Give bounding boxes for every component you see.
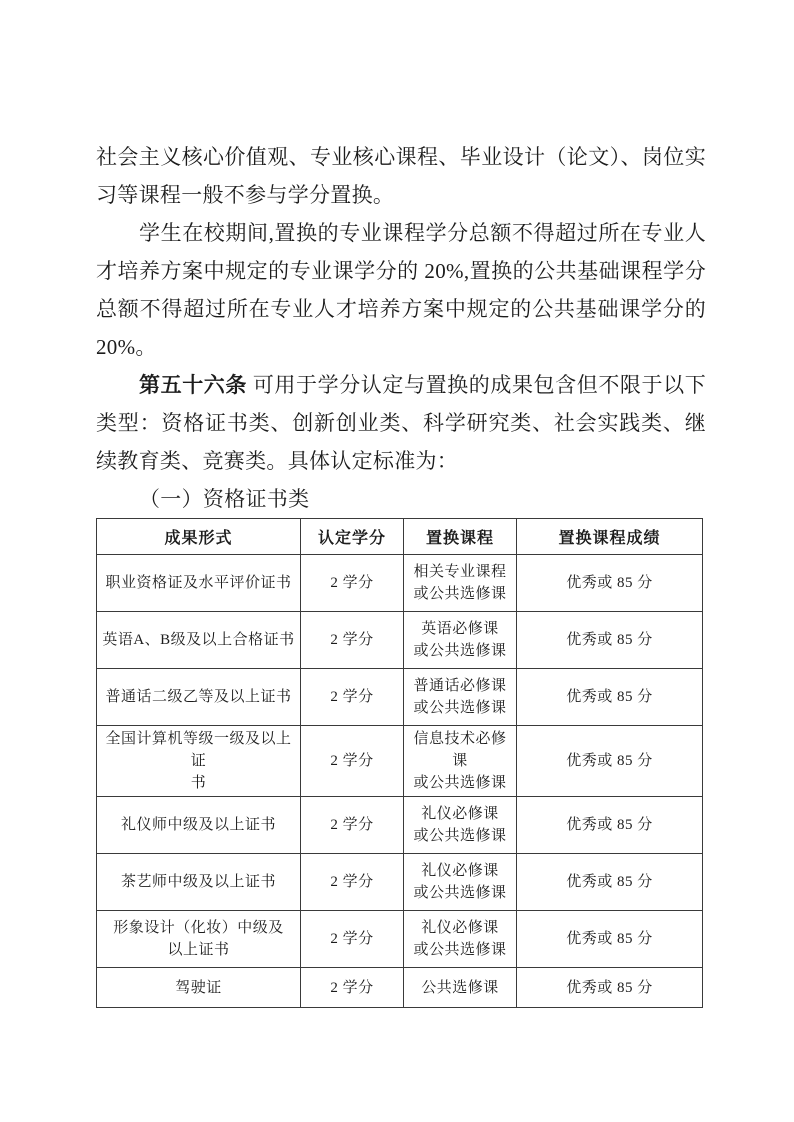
col-header-replaced-course-score: 置换课程成绩: [517, 519, 703, 555]
cell-achievement-form: 形象设计（化妆）中级及 以上证书: [97, 911, 301, 968]
cell-credits: 2 学分: [301, 669, 404, 726]
cell-replaced-course: 信息技术必修课 或公共选修课: [404, 726, 517, 797]
table-header: 成果形式 认定学分 置换课程 置换课程成绩: [97, 519, 703, 555]
cell-credits: 2 学分: [301, 968, 404, 1008]
cell-replaced-course: 普通话必修课 或公共选修课: [404, 669, 517, 726]
cell-score: 优秀或 85 分: [517, 555, 703, 612]
cell-replaced-course: 公共选修课: [404, 968, 517, 1008]
cell-achievement-form: 全国计算机等级一级及以上证 书: [97, 726, 301, 797]
table-row: 形象设计（化妆）中级及 以上证书 2 学分 礼仪必修课 或公共选修课 优秀或 8…: [97, 911, 703, 968]
table-header-row: 成果形式 认定学分 置换课程 置换课程成绩: [97, 519, 703, 555]
table-row: 普通话二级乙等及以上证书 2 学分 普通话必修课 或公共选修课 优秀或 85 分: [97, 669, 703, 726]
cell-score: 优秀或 85 分: [517, 612, 703, 669]
col-header-replaced-course: 置换课程: [404, 519, 517, 555]
col-header-recognized-credits: 认定学分: [301, 519, 404, 555]
cell-replaced-course: 礼仪必修课 或公共选修课: [404, 797, 517, 854]
table-row: 驾驶证 2 学分 公共选修课 优秀或 85 分: [97, 968, 703, 1008]
cell-score: 优秀或 85 分: [517, 854, 703, 911]
cell-replaced-course: 英语必修课 或公共选修课: [404, 612, 517, 669]
table-row: 全国计算机等级一级及以上证 书 2 学分 信息技术必修课 或公共选修课 优秀或 …: [97, 726, 703, 797]
cell-credits: 2 学分: [301, 911, 404, 968]
cell-credits: 2 学分: [301, 726, 404, 797]
table-row: 英语A、B级及以上合格证书 2 学分 英语必修课 或公共选修课 优秀或 85 分: [97, 612, 703, 669]
paragraph-credit-limits: 学生在校期间,置换的专业课程学分总额不得超过所在专业人才培养方案中规定的专业课学…: [96, 214, 706, 366]
cell-achievement-form: 职业资格证及水平评价证书: [97, 555, 301, 612]
table-row: 茶艺师中级及以上证书 2 学分 礼仪必修课 或公共选修课 优秀或 85 分: [97, 854, 703, 911]
cell-credits: 2 学分: [301, 854, 404, 911]
cell-credits: 2 学分: [301, 555, 404, 612]
cell-achievement-form: 礼仪师中级及以上证书: [97, 797, 301, 854]
document-page: 社会主义核心价值观、专业核心课程、毕业设计（论文）、岗位实习等课程一般不参与学分…: [0, 0, 794, 1122]
cell-score: 优秀或 85 分: [517, 726, 703, 797]
cell-credits: 2 学分: [301, 797, 404, 854]
cell-replaced-course: 礼仪必修课 或公共选修课: [404, 911, 517, 968]
table-row: 职业资格证及水平评价证书 2 学分 相关专业课程 或公共选修课 优秀或 85 分: [97, 555, 703, 612]
cell-achievement-form: 英语A、B级及以上合格证书: [97, 612, 301, 669]
cell-credits: 2 学分: [301, 612, 404, 669]
cell-achievement-form: 驾驶证: [97, 968, 301, 1008]
cell-score: 优秀或 85 分: [517, 911, 703, 968]
paragraph-excluded-courses: 社会主义核心价值观、专业核心课程、毕业设计（论文）、岗位实习等课程一般不参与学分…: [96, 138, 706, 214]
cell-achievement-form: 茶艺师中级及以上证书: [97, 854, 301, 911]
certificate-recognition-table: 成果形式 认定学分 置换课程 置换课程成绩 职业资格证及水平评价证书 2 学分 …: [96, 518, 703, 1008]
paragraph-article-56: 第五十六条 可用于学分认定与置换的成果包含但不限于以下类型：资格证书类、创新创业…: [96, 366, 706, 480]
cell-replaced-course: 礼仪必修课 或公共选修课: [404, 854, 517, 911]
article-number: 第五十六条: [139, 373, 247, 397]
section-heading-certificates: （一）资格证书类: [96, 480, 706, 518]
document-content: 社会主义核心价值观、专业核心课程、毕业设计（论文）、岗位实习等课程一般不参与学分…: [96, 138, 706, 1008]
col-header-achievement-form: 成果形式: [97, 519, 301, 555]
table-body: 职业资格证及水平评价证书 2 学分 相关专业课程 或公共选修课 优秀或 85 分…: [97, 555, 703, 1008]
cell-replaced-course: 相关专业课程 或公共选修课: [404, 555, 517, 612]
cell-score: 优秀或 85 分: [517, 669, 703, 726]
table-row: 礼仪师中级及以上证书 2 学分 礼仪必修课 或公共选修课 优秀或 85 分: [97, 797, 703, 854]
cell-score: 优秀或 85 分: [517, 968, 703, 1008]
cell-score: 优秀或 85 分: [517, 797, 703, 854]
cell-achievement-form: 普通话二级乙等及以上证书: [97, 669, 301, 726]
